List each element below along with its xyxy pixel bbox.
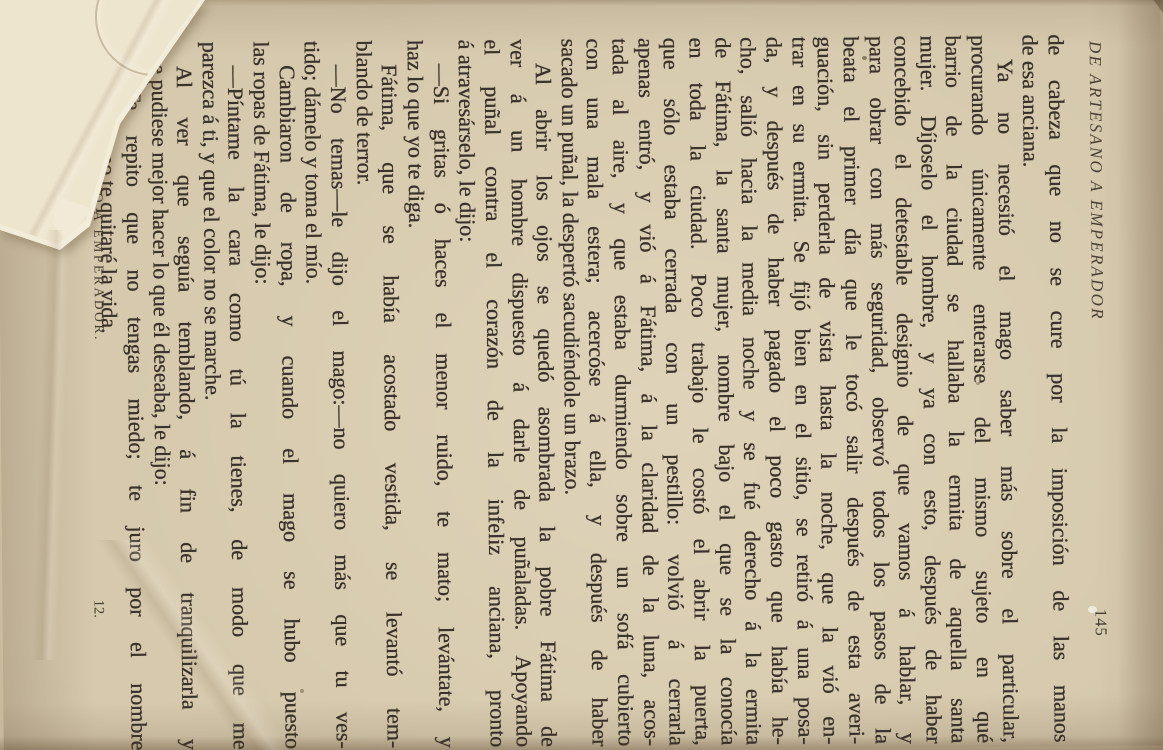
text-line: de cabeza que no se cure por la imposici…	[1042, 34, 1074, 742]
page-edge-shading-right	[1118, 0, 1163, 750]
paper-speck	[976, 382, 980, 385]
page-edge-shading-bottom	[0, 736, 1163, 750]
text-line: Cambiaron de ropa, y cuando el mago se h…	[273, 40, 305, 748]
torn-corner-flap	[0, 0, 240, 260]
paper-speck	[862, 56, 867, 60]
paper-fleck-light	[1088, 606, 1097, 613]
text-line: el puñal contra el corazón de la infeliz…	[478, 39, 510, 747]
signature-number: 12.	[89, 599, 106, 617]
text-line: —Si gritas ó haces el menor ruido, te ma…	[427, 39, 459, 747]
scanned-book-page-photo: DE ARTESANO A EMPERADOR 145 de cabeza qu…	[0, 0, 1163, 750]
paper-speck	[300, 689, 304, 693]
torn-corner	[0, 0, 240, 260]
running-head-title: DE ARTESANO A EMPERADOR	[1084, 40, 1106, 320]
text-block: de cabeza que no se cure por la imposici…	[94, 34, 1074, 750]
